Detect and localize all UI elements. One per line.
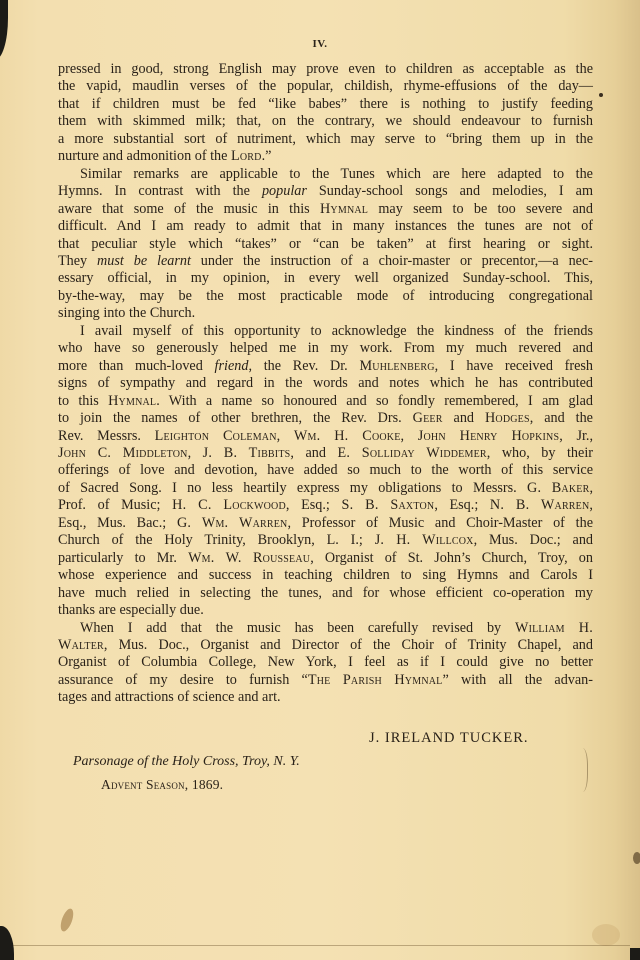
text-run: thanks are especially due. (58, 602, 204, 618)
text-run: who have so generously helped me in my w… (58, 340, 593, 356)
small-caps-name: G. Wm. Warren (177, 515, 288, 531)
small-caps-name: H. C. Lockwood (172, 497, 286, 513)
text-line: tages and attractions of science and art… (58, 689, 593, 706)
italic-emphasis: popular (262, 183, 307, 199)
small-caps-name: E. Solliday Widdemer (337, 445, 486, 461)
text-line: Prof. of Music; H. C. Lockwood, Esq.; S.… (58, 497, 593, 514)
small-caps-name: N. B. Warren (490, 497, 590, 513)
text-run: I avail myself of this opportunity to ac… (80, 323, 593, 339)
text-run: the vapid, maudlin verses of the popular… (58, 78, 593, 94)
text-run: Organist of Columbia College, New York, … (58, 654, 593, 670)
text-run: nurture and admonition of the (58, 148, 231, 164)
text-run: a more substantial sort of nutriment, wh… (58, 131, 593, 147)
text-run: to join the names of other brethren, the… (58, 410, 413, 426)
text-run: , (589, 480, 593, 496)
text-line: that peculiar style which “takes” or “ca… (58, 236, 593, 253)
text-line: them with skimmed milk; that, on the con… (58, 113, 593, 130)
paragraph: pressed in good, strong English may prov… (58, 61, 593, 166)
text-run: Esq., Mus. Bac.; (58, 515, 177, 531)
text-run: that if children must be fed “like babes… (58, 96, 593, 112)
text-run: assurance of my desire to furnish “ (58, 672, 308, 688)
text-run: , and (290, 445, 337, 461)
text-run: Rev. Messrs. (58, 428, 155, 444)
text-run: , (589, 497, 593, 513)
text-run: , (188, 445, 203, 461)
text-line: aware that some of the music in this Hym… (58, 201, 593, 218)
text-run: , Esq.; (434, 497, 490, 513)
text-run: of Sacred Song. I no less heartily expre… (58, 480, 527, 496)
text-line: the vapid, maudlin verses of the popular… (58, 78, 593, 95)
small-caps-name: Walter (58, 637, 104, 653)
small-caps-name: William H. (515, 620, 593, 636)
text-line: a more substantial sort of nutriment, wh… (58, 131, 593, 148)
text-run: , Mus. Doc.; and (474, 532, 593, 548)
text-run: , Esq.; (286, 497, 342, 513)
paper-stain (592, 924, 620, 946)
text-run: them with skimmed milk; that, on the con… (58, 113, 593, 129)
italic-emphasis: friend (215, 358, 249, 374)
text-line: Walter, Mus. Doc., Organist and Director… (58, 637, 593, 654)
text-run: signs of sympathy and regard in the word… (58, 375, 593, 391)
text-run: Similar remarks are applicable to the Tu… (80, 166, 593, 182)
text-run: difficult. And I am ready to admit that … (58, 218, 593, 234)
text-run: , Professor of Music and Choir-Master of… (287, 515, 593, 531)
small-caps-name: Lord (231, 148, 262, 164)
paper-stain (633, 852, 640, 864)
page-number: IV. (0, 38, 640, 50)
text-run: pressed in good, strong English may prov… (58, 61, 593, 77)
text-line: pressed in good, strong English may prov… (58, 61, 593, 78)
text-line: who have so generously helped me in my w… (58, 340, 593, 357)
small-caps-name: J. H. Willcox (375, 532, 474, 548)
text-line: offerings of love and devotion, have add… (58, 462, 593, 479)
text-line: Esq., Mus. Bac.; G. Wm. Warren, Professo… (58, 515, 593, 532)
text-run: , I have received fresh (435, 358, 593, 374)
text-line: I avail myself of this opportunity to ac… (58, 323, 593, 340)
text-run: whose experience and success in teaching… (58, 567, 593, 583)
text-run: under the instruction of a choir-master … (191, 253, 593, 269)
text-line: Similar remarks are applicable to the Tu… (58, 166, 593, 183)
text-line: When I add that the music has been caref… (58, 620, 593, 637)
small-caps-name: S. B. Saxton (341, 497, 434, 513)
text-run: have much relied in selecting the tunes,… (58, 585, 593, 601)
text-run: , the Rev. Dr. (248, 358, 359, 374)
small-caps-name: J. B. Tibbits (203, 445, 291, 461)
date-line: Advent Season, 1869. (101, 777, 223, 793)
text-line: of Sacred Song. I no less heartily expre… (58, 480, 593, 497)
text-run: that peculiar style which “takes” or “ca… (58, 236, 593, 252)
text-run: ” with all the advan- (442, 672, 593, 688)
text-run: essary official, in my opinion, in every… (58, 270, 593, 286)
ink-speck (599, 93, 603, 97)
small-caps-name: Wm. W. Rousseau (188, 550, 310, 566)
text-line: essary official, in my opinion, in every… (58, 270, 593, 287)
text-line: singing into the Church. (58, 305, 593, 322)
paper-stain (58, 907, 76, 933)
small-caps-name: The Parish Hymnal (308, 672, 443, 688)
text-run: , (277, 428, 294, 444)
text-line: whose experience and success in teaching… (58, 567, 593, 584)
text-line: signs of sympathy and regard in the word… (58, 375, 593, 392)
text-line: that if children must be fed “like babes… (58, 96, 593, 113)
text-run: singing into the Church. (58, 305, 195, 321)
small-caps-name: Wm. H. Cooke (294, 428, 401, 444)
text-run: . With a name so honoured and so fondly … (156, 393, 593, 409)
book-page: IV. pressed in good, strong English may … (0, 0, 640, 960)
text-line: have much relied in selecting the tunes,… (58, 585, 593, 602)
text-line: to join the names of other brethren, the… (58, 410, 593, 427)
text-line: They must be learnt under the instructio… (58, 253, 593, 270)
text-run: and (443, 410, 485, 426)
text-line: thanks are especially due. (58, 602, 593, 619)
place-line: Parsonage of the Holy Cross, Troy, N. Y. (73, 754, 300, 770)
text-run: , (401, 428, 418, 444)
text-run: , and the (530, 410, 593, 426)
text-run: When I add that the music has been caref… (80, 620, 515, 636)
small-caps-name: Muhlenberg (359, 358, 434, 374)
margin-pencil-mark (575, 748, 588, 792)
small-caps-name: John Henry Hopkins (418, 428, 559, 444)
text-run: offerings of love and devotion, have add… (58, 462, 593, 478)
text-line: by-the-way, may be the most practicable … (58, 288, 593, 305)
text-line: particularly to Mr. Wm. W. Rousseau, Org… (58, 550, 593, 567)
paragraph: Similar remarks are applicable to the Tu… (58, 166, 593, 323)
paragraph: I avail myself of this opportunity to ac… (58, 323, 593, 620)
scan-background-corner (630, 948, 640, 960)
small-caps-name: Hymnal (320, 201, 368, 217)
text-run: may seem to be too severe and (368, 201, 593, 217)
text-run: .” (262, 148, 272, 164)
small-caps-name: Hodges (485, 410, 530, 426)
text-line: difficult. And I am ready to admit that … (58, 218, 593, 235)
small-caps-name: G. Baker (527, 480, 589, 496)
page-edge-crease (12, 945, 630, 946)
text-run: Prof. of Music; (58, 497, 172, 513)
text-run: , Mus. Doc., Organist and Director of th… (104, 637, 593, 653)
text-run: to this (58, 393, 108, 409)
text-line: nurture and admonition of the Lord.” (58, 148, 593, 165)
text-line: Rev. Messrs. Leighton Coleman, Wm. H. Co… (58, 428, 593, 445)
text-run: particularly to Mr. (58, 550, 188, 566)
text-line: Hymns. In contrast with the popular Sund… (58, 183, 593, 200)
text-run: tages and attractions of science and art… (58, 689, 281, 705)
text-run: They (58, 253, 97, 269)
text-run: Sunday-school songs and melodies, I am (307, 183, 593, 199)
author-signature: J. IRELAND TUCKER. (369, 730, 529, 747)
text-run: , who, by their (487, 445, 593, 461)
text-run: aware that some of the music in this (58, 201, 320, 217)
text-run: Hymns. In contrast with the (58, 183, 262, 199)
text-line: to this Hymnal. With a name so honoured … (58, 393, 593, 410)
preface-body: pressed in good, strong English may prov… (58, 61, 593, 707)
text-run: by-the-way, may be the most practicable … (58, 288, 593, 304)
small-caps-name: Leighton Coleman (155, 428, 277, 444)
small-caps-name: Hymnal (108, 393, 156, 409)
text-line: John C. Middleton, J. B. Tibbits, and E.… (58, 445, 593, 462)
paragraph: When I add that the music has been caref… (58, 620, 593, 707)
small-caps-name: John C. Middleton (58, 445, 188, 461)
text-line: Church of the Holy Trinity, Brooklyn, L.… (58, 532, 593, 549)
text-line: assurance of my desire to furnish “The P… (58, 672, 593, 689)
text-line: more than much-loved friend, the Rev. Dr… (58, 358, 593, 375)
text-run: , Jr., (559, 428, 593, 444)
small-caps-name: Geer (413, 410, 443, 426)
text-run: , Organist of St. John’s Church, Troy, o… (310, 550, 593, 566)
text-line: Organist of Columbia College, New York, … (58, 654, 593, 671)
text-run: more than much-loved (58, 358, 215, 374)
italic-emphasis: must be learnt (97, 253, 191, 269)
text-run: Church of the Holy Trinity, Brooklyn, L.… (58, 532, 375, 548)
